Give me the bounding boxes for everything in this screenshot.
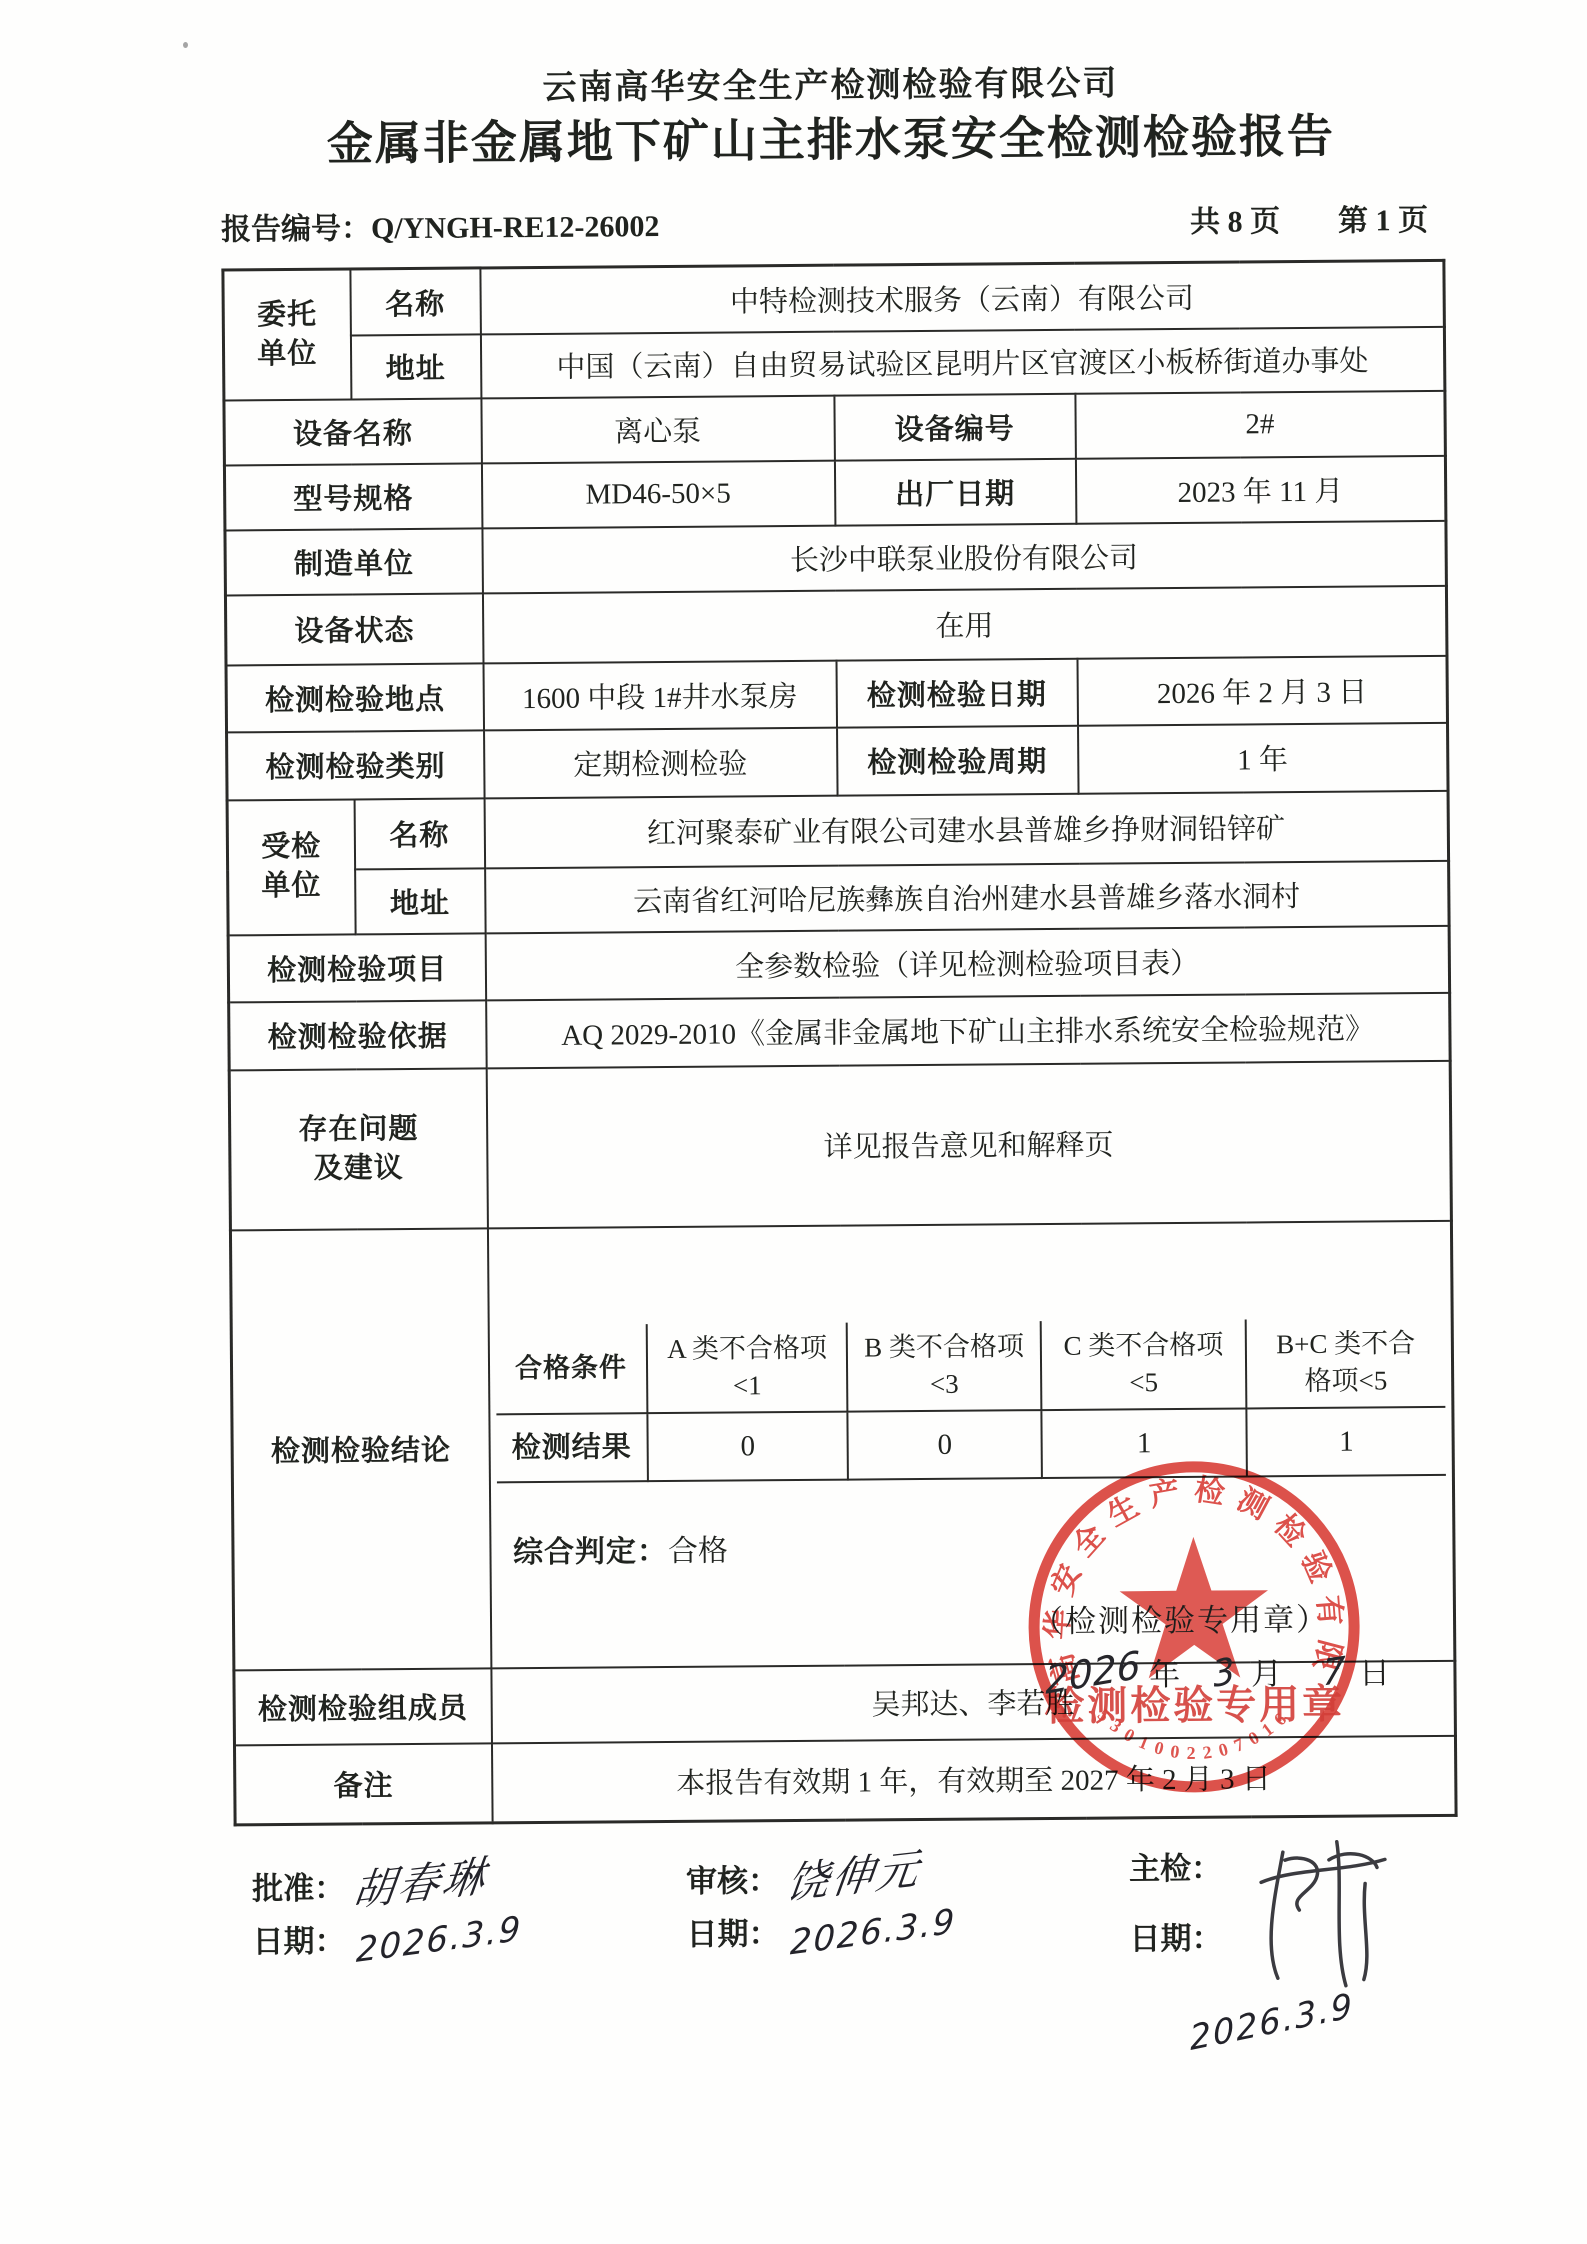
seal-date-year-handwritten: 2026 — [1045, 1643, 1142, 1703]
report-number-value: Q/YNGH-RE12-26002 — [371, 210, 660, 245]
inspected-addr-label: 地址 — [355, 868, 486, 934]
conclusion-label: 检测检验结论 — [230, 1228, 490, 1670]
seal-date-line: 2026 年 3 月 7 日 — [1044, 1647, 1390, 1695]
day-unit: 日 — [1359, 1647, 1390, 1692]
report-meta-line: 报告编号：Q/YNGH-RE12-26002 共 8 页 第 1 页 — [221, 204, 1442, 247]
verdict-value: 合格 — [668, 1534, 728, 1567]
overall-verdict: 综合判定：合格 — [496, 1476, 1446, 1571]
insp-place-value: 1600 中段 1#井水泵房 — [483, 660, 837, 730]
basis-value: AQ 2029-2010《金属非金属地下矿山主排水系统安全检验规范》 — [486, 993, 1451, 1069]
result-a: 0 — [648, 1411, 848, 1481]
insp-date-value: 2026 年 2 月 3 日 — [1077, 656, 1448, 726]
criteria-b: B 类不合格项 <3 — [847, 1321, 1042, 1412]
table-row: 受检 单位 名称 红河聚泰矿业有限公司建水县普雄乡挣财洞铅锌矿 — [227, 791, 1449, 871]
scanned-report-page: 云南高华安全生产检测检验有限公司 金属非金属地下矿山主排水泵安全检测检验报告 报… — [0, 0, 1587, 2244]
table-row: 检测检验项目 全参数检验（详见检测检验项目表） — [228, 926, 1450, 1003]
basis-label: 检测检验依据 — [229, 1000, 487, 1070]
conclusion-criteria-table: 合格条件 A 类不合格项 <1 B 类不合格项 <3 — [495, 1318, 1446, 1483]
result-bc: 1 — [1246, 1407, 1446, 1477]
page-current: 第 1 页 — [1338, 204, 1428, 238]
status-label: 设备状态 — [225, 593, 483, 665]
report-number: 报告编号：Q/YNGH-RE12-26002 — [221, 210, 660, 246]
report-document: 云南高华安全生产检测检验有限公司 金属非金属地下矿山主排水泵安全检测检验报告 报… — [219, 0, 1456, 2093]
chief-inspector-signature — [1224, 1763, 1426, 1995]
table-row: 检测检验地点 1600 中段 1#井水泵房 检测检验日期 2026 年 2 月 … — [226, 656, 1448, 733]
table-row: 地址 中国（云南）自由贸易试验区昆明片区官渡区小板桥街道办事处 — [223, 327, 1444, 401]
criteria-c: C 类不合格项 <5 — [1041, 1319, 1246, 1410]
reviewer-block: 审核： 饶伸元 日期： 2026.3.9 — [686, 1843, 957, 1973]
approve-date-label: 日期： — [252, 1916, 345, 1962]
seal-date-month-handwritten: 3 — [1210, 1650, 1237, 1696]
mfg-date-value: 2023 年 11 月 — [1075, 456, 1446, 524]
result-label: 检测结果 — [496, 1413, 648, 1482]
criteria-header-row: 合格条件 A 类不合格项 <1 B 类不合格项 <3 — [495, 1318, 1445, 1414]
table-row: 设备状态 在用 — [225, 586, 1447, 666]
insp-type-label: 检测检验类别 — [227, 730, 485, 800]
month-unit: 月 — [1251, 1648, 1282, 1693]
insp-place-label: 检测检验地点 — [226, 663, 484, 732]
maker-value: 长沙中联泵业股份有限公司 — [482, 521, 1446, 594]
remark-label: 备注 — [234, 1743, 492, 1825]
signature-block: 批准： 胡春琳 日期： 2026.3.9 审核： 饶伸元 日期： — [234, 1833, 1457, 2093]
problems-value: 详见报告意见和解释页 — [486, 1061, 1451, 1229]
company-name: 云南高华安全生产检测检验有限公司 — [220, 65, 1441, 109]
device-name-value: 离心泵 — [481, 395, 834, 463]
seal-caption: （检测检验专用章） — [1032, 1594, 1329, 1641]
table-row: 地址 云南省红河哈尼族彝族自治州建水县普雄乡落水洞村 — [228, 861, 1449, 936]
client-name-value: 中特检测技术服务（云南）有限公司 — [480, 261, 1445, 335]
team-label: 检测检验组成员 — [234, 1668, 492, 1745]
review-date-handwritten: 2026.3.9 — [789, 1902, 957, 1964]
status-value: 在用 — [482, 586, 1447, 664]
maker-label: 制造单位 — [225, 528, 483, 595]
document-tilt-wrapper: 云南高华安全生产检测检验有限公司 金属非金属地下矿山主排水泵安全检测检验报告 报… — [0, 0, 1587, 2244]
insp-cycle-label: 检测检验周期 — [837, 726, 1079, 796]
device-no-value: 2# — [1075, 391, 1446, 459]
chief-inspector-block: 主检： 日期： 2026.3.9 — [1129, 1842, 1356, 2044]
report-title: 金属非金属地下矿山主排水泵安全检测检验报告 — [220, 112, 1441, 170]
result-c: 1 — [1042, 1408, 1247, 1478]
report-number-label: 报告编号： — [221, 213, 371, 247]
criteria-a: A 类不合格项 <1 — [647, 1322, 847, 1413]
insp-cycle-value: 1 年 — [1078, 723, 1449, 794]
table-row: 设备名称 离心泵 设备编号 2# — [224, 391, 1445, 466]
result-b: 0 — [847, 1410, 1042, 1480]
insp-date-label: 检测检验日期 — [836, 659, 1078, 728]
device-name-label: 设备名称 — [224, 398, 482, 465]
inspected-name-label: 名称 — [354, 798, 485, 869]
review-date-label: 日期： — [686, 1908, 779, 1954]
table-row: 检测检验类别 定期检测检验 检测检验周期 1 年 — [227, 723, 1449, 801]
table-row: 存在问题 及建议 详见报告意见和解释页 — [229, 1061, 1451, 1231]
table-row: 委托 单位 名称 中特检测技术服务（云南）有限公司 — [223, 261, 1444, 337]
table-row: 检测检验依据 AQ 2029-2010《金属非金属地下矿山主排水系统安全检验规范… — [229, 993, 1451, 1071]
report-table: 委托 单位 名称 中特检测技术服务（云南）有限公司 地址 中国（云南）自由贸易试… — [221, 259, 1457, 1827]
client-group-label: 委托 单位 — [223, 269, 351, 400]
problems-label: 存在问题 及建议 — [229, 1068, 487, 1230]
chief-date-handwritten: 2026.3.9 — [1189, 1986, 1356, 2060]
pagination: 共 8 页 第 1 页 — [1190, 204, 1442, 239]
mfg-date-label: 出厂日期 — [834, 459, 1076, 526]
client-name-label: 名称 — [350, 268, 481, 335]
chief-label: 主检： — [1129, 1843, 1222, 1889]
table-row: 制造单位 长沙中联泵业股份有限公司 — [225, 521, 1446, 596]
review-label: 审核： — [686, 1855, 779, 1901]
criteria-result-row: 检测结果 0 0 1 1 — [496, 1407, 1446, 1482]
verdict-label: 综合判定： — [513, 1535, 668, 1569]
seal-date-day-handwritten: 7 — [1322, 1650, 1346, 1695]
year-unit: 年 — [1149, 1649, 1180, 1694]
approve-label: 批准： — [252, 1863, 345, 1909]
client-addr-label: 地址 — [350, 334, 480, 399]
criteria-label: 合格条件 — [495, 1324, 648, 1414]
model-value: MD46-50×5 — [481, 460, 834, 528]
approver-signature: 胡春琳 — [349, 1843, 491, 1919]
inspected-name-value: 红河聚泰矿业有限公司建水县普雄乡挣财洞铅锌矿 — [484, 791, 1449, 869]
client-addr-value: 中国（云南）自由贸易试验区昆明片区官渡区小板桥街道办事处 — [480, 327, 1444, 399]
inspected-group-label: 受检 单位 — [227, 799, 355, 935]
table-row: 型号规格 MD46-50×5 出厂日期 2023 年 11 月 — [224, 456, 1445, 531]
criteria-bc: B+C 类不合 格项<5 — [1245, 1318, 1445, 1409]
approve-date-handwritten: 2026.3.9 — [355, 1909, 523, 1971]
model-label: 型号规格 — [224, 463, 482, 530]
insp-type-value: 定期检测检验 — [484, 727, 838, 798]
approver-block: 批准： 胡春琳 日期： 2026.3.9 — [252, 1850, 523, 1980]
items-value: 全参数检验（详见检测检验项目表） — [485, 926, 1450, 1001]
chief-date-label: 日期： — [1129, 1913, 1222, 1959]
page-total: 共 8 页 — [1190, 205, 1280, 239]
reviewer-signature: 饶伸元 — [783, 1836, 925, 1912]
inspected-addr-value: 云南省红河哈尼族彝族自治州建水县普雄乡落水洞村 — [485, 861, 1449, 934]
device-no-label: 设备编号 — [834, 394, 1076, 461]
items-label: 检测检验项目 — [228, 933, 486, 1002]
